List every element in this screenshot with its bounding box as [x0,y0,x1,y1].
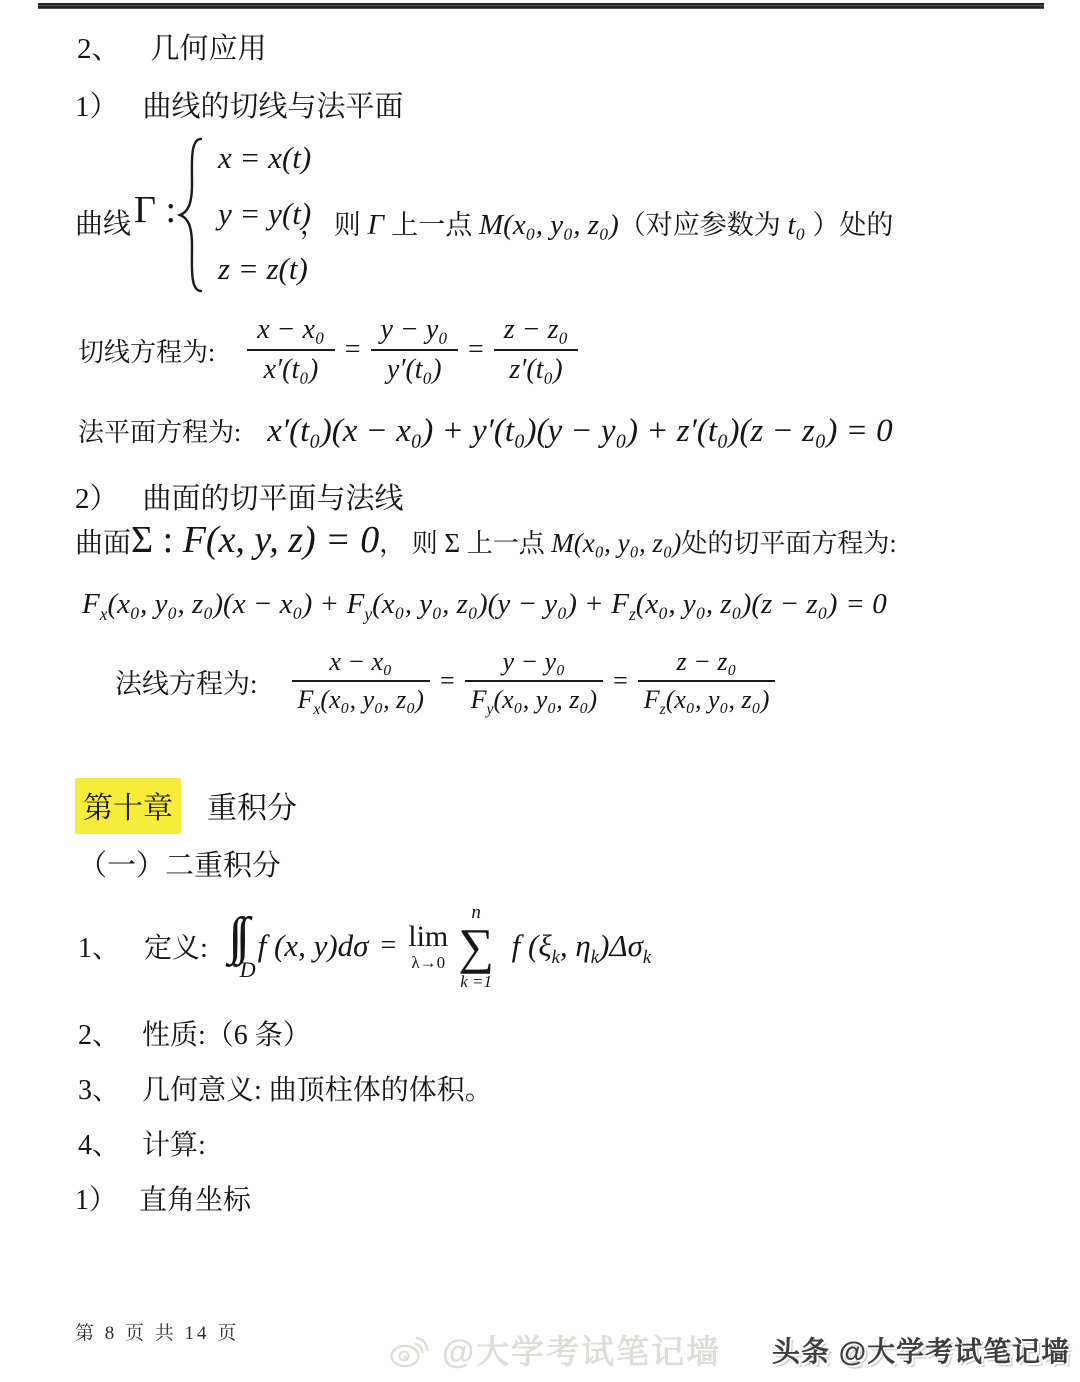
numerator: z − z₀ [494,314,578,351]
equation-text: x = x(t) [218,140,311,176]
sigma-symbol: Σ : [131,518,183,562]
item-text: 几何意义: 曲顶柱体的体积。 [142,1068,493,1108]
text-run: ， 则 [300,203,368,242]
chapter-title: 重积分 [207,783,297,827]
heading-surface-tangent-plane-normal-line: 2） 曲面的切平面与法线 [75,476,404,517]
curve-point-sentence: ， 则 Γ 上一点 M(x₀, y₀, z₀)（对应参数为 t₀ ）处的 [300,203,893,242]
denominator: Fz(x₀, y₀, z₀) [638,682,776,715]
fraction: y − y₀ y′(t₀) [371,314,458,386]
sum-lower-bound: k =1 [460,973,492,990]
item-text: 性质:（6 条） [142,1013,311,1053]
chapter-heading: 第十章 重积分 [75,778,297,834]
numerator: x − x₀ [292,647,430,682]
note-page: 2、 几何应用 1） 曲线的切线与法平面 曲线 Γ : x = x(t) y =… [0,0,1080,1382]
lim-word: lim [408,922,448,952]
item-text: 直角坐标 [139,1178,251,1218]
lim-subscript: λ→0 [411,954,445,971]
integrand: f (x, y)dσ [258,928,369,964]
definition-label: 定义: [144,926,208,966]
text-run: ， 则 [379,523,444,560]
surface-sentence: 曲面Σ : F(x, y, z) = 0， 则 Σ 上一点 M(x₀, y₀, … [75,518,897,562]
equals-zero: = 0 [845,588,886,621]
list-number: 1） [75,1178,117,1218]
math-run: t₀ [788,209,806,242]
heading-text: 曲面的切平面与法线 [143,476,404,517]
term: Fz(x₀, y₀, z₀)(z − z₀) [611,588,837,621]
math-run: Γ [368,209,392,242]
item-rectangular-coordinates: 1） 直角坐标 [75,1178,251,1218]
math-run: Σ [444,528,466,559]
item-properties: 2、 性质:（6 条） [78,1013,311,1053]
top-rule-line [38,3,1044,9]
item-text: 计算: [142,1123,206,1163]
equals-sign: = [468,334,484,366]
equation-label: 切线方程为: [78,332,215,369]
heading-text: 几何应用 [151,26,267,67]
list-number: 3、 [78,1068,120,1108]
curly-brace [175,136,205,294]
term: Fy(x₀, y₀, z₀)(y − y₀) [347,588,577,621]
fraction: z − z₀ z′(t₀) [494,314,578,386]
denominator: y′(t₀) [371,351,458,386]
limit-block: lim λ→0 [408,922,448,971]
plus-sign: + [586,588,602,621]
list-number: 2、 [78,1013,120,1053]
curve-eq-z: z = z(t) [218,251,308,287]
text-run: 上一点 [467,523,552,560]
watermark-text: 头条 @大学考试笔记墙 [772,1336,1070,1367]
numerator: y − y₀ [371,314,458,351]
numerator: z − z₀ [638,647,776,682]
fraction: x − x₀ x′(t₀) [247,314,334,386]
curve-label-text: 曲线 [75,202,131,242]
weibo-icon [388,1331,434,1369]
double-integral-symbol: ∫∫ [236,911,258,963]
list-number: 4、 [78,1123,120,1163]
numerator: y − y₀ [465,647,603,682]
equals-sign: = [440,666,455,696]
fraction: x − x₀ Fx(x₀, y₀, z₀) [292,647,430,715]
page-number-footer: 第 8 页 共 14 页 [75,1318,239,1345]
heading-text: 曲线的切线与法平面 [143,84,404,125]
equation-label: 法线方程为: [115,662,258,701]
integral-block: ∫∫ D [236,911,258,981]
section-heading-double-integral: （一）二重积分 [78,843,281,884]
equation-text: y = y(t) [218,196,311,232]
equation-label: 法平面方程为: [78,412,241,449]
chapter-badge-highlighted: 第十章 [75,778,181,834]
watermark-bold: 头条 @大学考试笔记墙 [772,1330,1070,1370]
text-run: 上一点 [391,203,479,242]
equals-sign: = [345,334,361,366]
math-run: M(x₀, y₀, z₀) [551,528,681,559]
double-integral-definition: 1、 定义: ∫∫ D f (x, y)dσ = lim λ→0 n ∑ k =… [78,898,651,994]
curve-label: 曲线 [75,202,131,242]
plus-sign: + [321,588,337,621]
denominator: x′(t₀) [247,351,334,386]
heading-curve-tangent-normal-plane: 1） 曲线的切线与法平面 [75,84,404,125]
text-run: 处的切平面方程为: [681,523,896,560]
numerator: x − x₀ [247,314,334,351]
sum-symbol: ∑ [458,924,494,969]
sum-block: n ∑ k =1 [458,903,494,990]
math-run: F(x, y, z) = 0 [183,518,380,562]
fraction: z − z₀ Fz(x₀, y₀, z₀) [638,647,776,715]
page-number-text: 第 8 页 共 14 页 [75,1323,239,1344]
list-number: 1、 [78,926,120,966]
curve-gamma: Γ : [134,188,176,232]
denominator: Fx(x₀, y₀, z₀) [292,682,430,715]
list-number: 1） [75,84,119,125]
normal-plane-equation: 法平面方程为: x′(t₀)(x − x₀) + y′(t₀)(y − y₀) … [78,412,893,450]
text-run: （对应参数为 [619,203,788,242]
fraction: y − y₀ Fy(x₀, y₀, z₀) [465,647,603,715]
text-run: ）处的 [806,203,894,242]
surface-label-text: 曲面 [75,521,131,561]
tangent-line-equation: 切线方程为: x − x₀ x′(t₀) = y − y₀ y′(t₀) = z… [78,305,588,395]
gamma-symbol: Γ : [134,188,176,232]
item-geometric-meaning: 3、 几何意义: 曲顶柱体的体积。 [78,1068,493,1108]
curve-eq-x: x = x(t) [218,140,311,176]
heading-text: （一）二重积分 [78,843,281,884]
curve-eq-y: y = y(t) [218,196,311,232]
item-computation: 4、 计算: [78,1123,206,1163]
tangent-plane-equation: Fx(x₀, y₀, z₀)(x − x₀) + Fy(x₀, y₀, z₀)(… [82,588,887,621]
equals-sign: = [613,666,628,696]
integration-domain: D [240,959,256,981]
watermark-faint: @大学考试笔记墙 [388,1326,721,1373]
heading-geometric-applications: 2、 几何应用 [77,26,267,67]
term: Fx(x₀, y₀, z₀)(x − x₀) [82,588,312,621]
equation-text: x′(t₀)(x − x₀) + y′(t₀)(y − y₀) + z′(t₀)… [267,413,892,450]
equals-sign: = [380,930,396,962]
watermark-text: @大学考试笔记墙 [442,1326,721,1373]
denominator: z′(t₀) [494,351,578,386]
equation-text: z = z(t) [218,251,308,287]
normal-line-equation: 法线方程为: x − x₀ Fx(x₀, y₀, z₀) = y − y₀ Fy… [115,638,785,724]
math-run: M(x₀, y₀, z₀) [479,209,619,242]
list-number: 2） [75,476,119,517]
sum-term: f (ξk, ηk)Δσk [504,928,651,964]
list-number: 2、 [77,26,121,67]
denominator: Fy(x₀, y₀, z₀) [465,682,603,715]
